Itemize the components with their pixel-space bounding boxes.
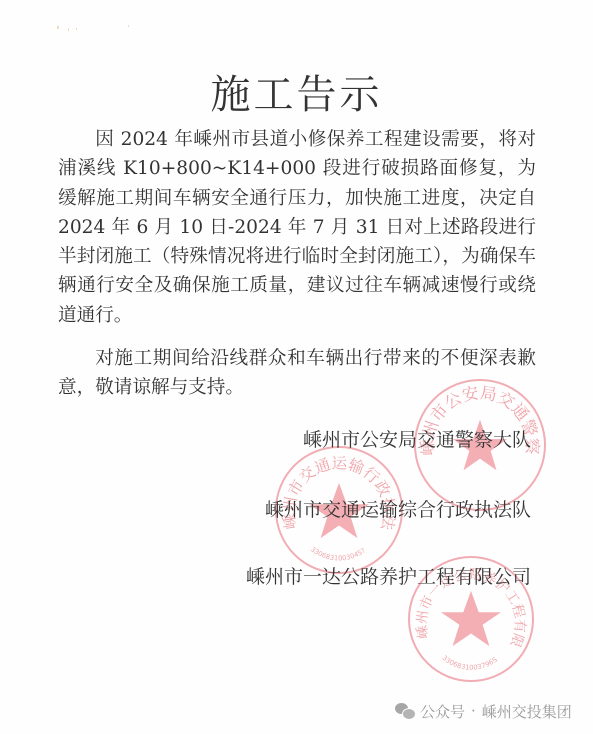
watermark-account: 嵊州交投集团: [482, 701, 572, 722]
seal-number: 3306831003045?: [309, 545, 367, 562]
paragraph-notice: 因 2024 年嵊州市县道小修保养工程建设需要，将对浦溪线 K10+800~K1…: [58, 125, 536, 330]
watermark-label: 公众号: [420, 701, 465, 722]
star-icon: [441, 591, 501, 646]
document-title: 施工告示: [0, 72, 593, 118]
scan-speck: [76, 28, 77, 30]
signature-road-maintenance: 嵊州市一达公路养护工程有限公司: [246, 565, 531, 589]
watermark-separator: ·: [471, 702, 476, 720]
document-body: 因 2024 年嵊州市县道小修保养工程建设需要，将对浦溪线 K10+800~K1…: [58, 125, 536, 403]
document-page: 施工告示 因 2024 年嵊州市县道小修保养工程建设需要，将对浦溪线 K10+8…: [0, 0, 593, 734]
signature-transport-enforcement: 嵊州市交通运输综合行政执法队: [265, 498, 531, 522]
scan-speck: [57, 26, 59, 29]
signature-traffic-police: 嵊州市公安局交通警察大队: [303, 428, 531, 452]
scan-speck: [128, 25, 129, 27]
wechat-watermark: 公众号 · 嵊州交投集团: [395, 700, 572, 722]
scan-speck: [68, 28, 69, 31]
seal-number: 3306831003796S: [440, 654, 498, 672]
wechat-icon: [395, 702, 415, 720]
